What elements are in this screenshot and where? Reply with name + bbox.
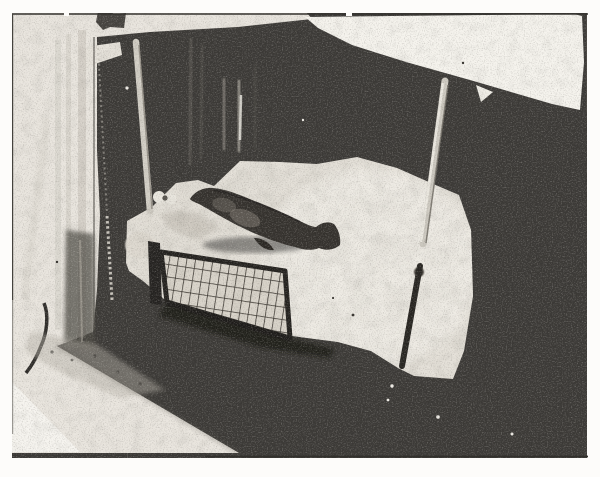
print-grain-light <box>12 13 587 458</box>
frame-gap <box>64 13 69 17</box>
photo-area <box>12 5 587 458</box>
figure-photo <box>0 0 600 477</box>
frame-gap <box>346 13 352 16</box>
photo-canvas <box>0 0 600 477</box>
